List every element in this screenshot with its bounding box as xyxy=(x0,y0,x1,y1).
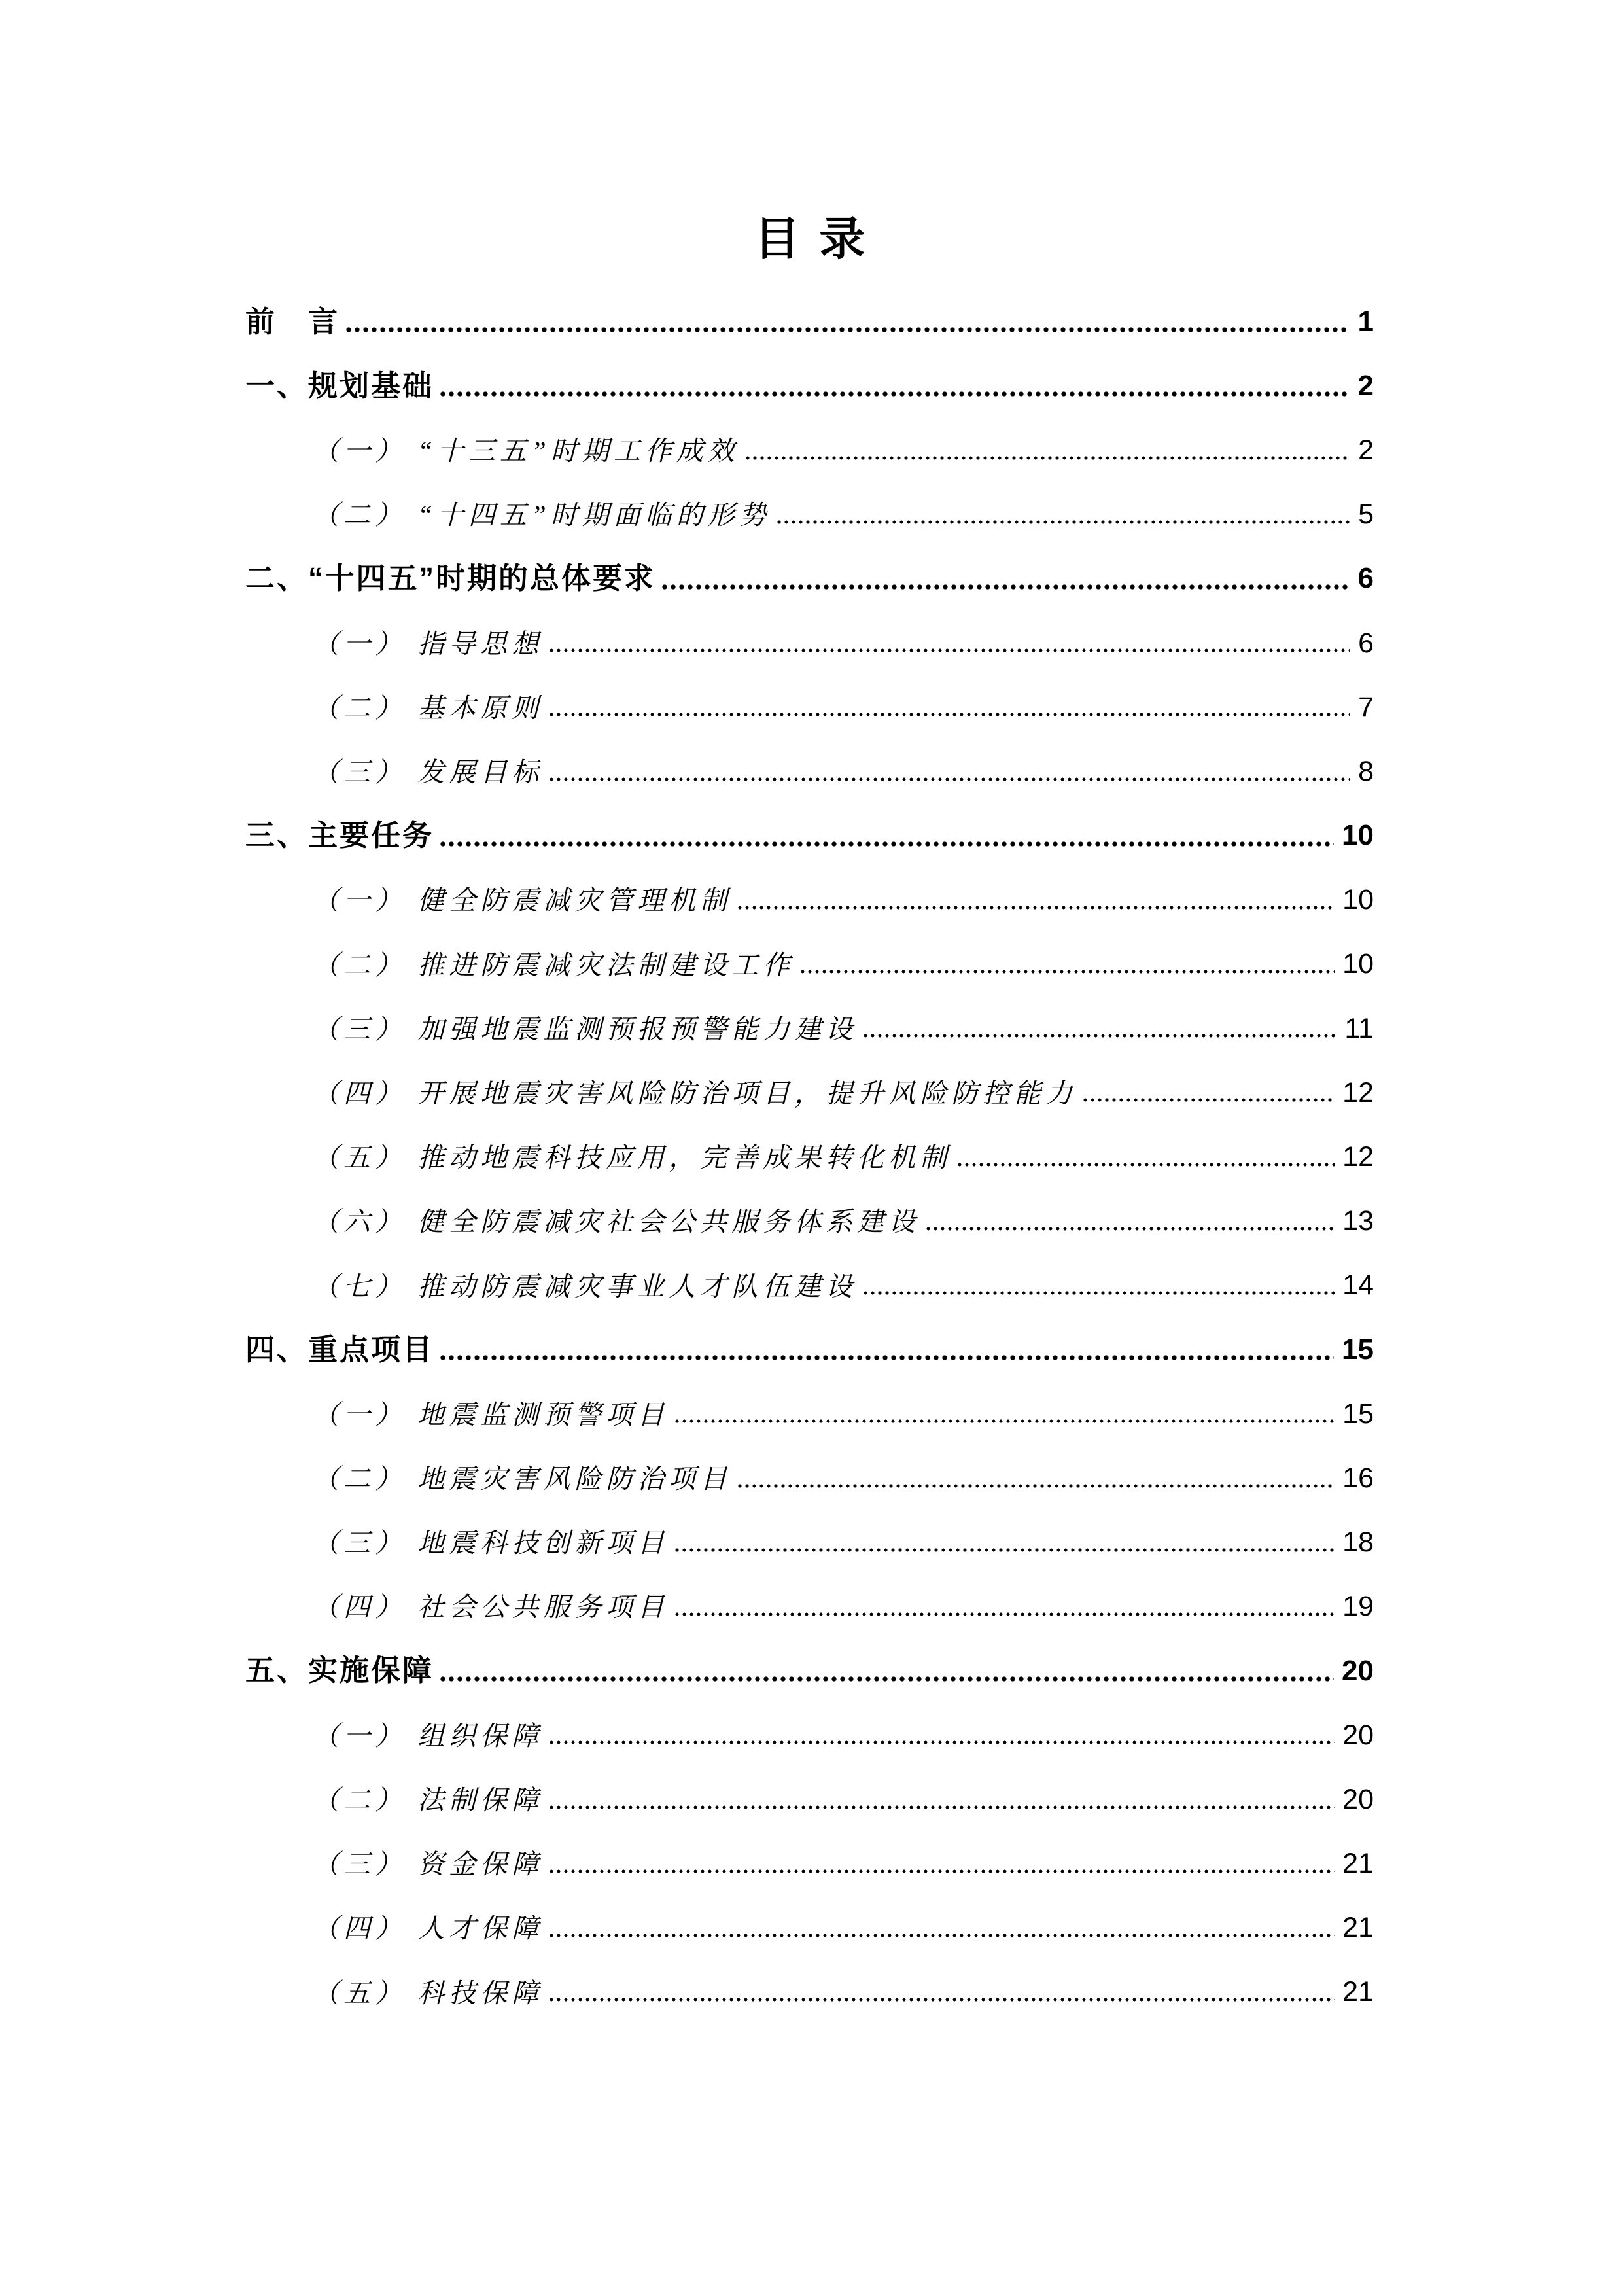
dot-leader xyxy=(345,327,1350,333)
toc-entry: 一、规划基础 2 xyxy=(245,345,1374,409)
toc-entry-page: 19 xyxy=(1342,1592,1374,1622)
toc-entry: （三） 资金保障 21 xyxy=(245,1823,1374,1887)
toc-entry-label: （五） 推动地震科技应用，完善成果转化机制 xyxy=(245,1144,951,1172)
toc-entry-label: 二、“十四五”时期的总体要求 xyxy=(245,563,655,594)
toc-entry-label: （二） 地震灾害风险防治项目 xyxy=(245,1465,731,1493)
toc-entry-label: （一） 健全防震减灾管理机制 xyxy=(245,887,731,915)
toc-entry-page: 18 xyxy=(1342,1528,1374,1558)
dot-leader xyxy=(548,1932,1335,1939)
toc-entry-page: 1 xyxy=(1358,307,1374,338)
dot-leader xyxy=(548,1996,1335,2003)
dot-leader xyxy=(439,841,1334,847)
toc-entry: （一） “十三五”时期工作成效 2 xyxy=(245,409,1374,473)
toc-entry: 二、“十四五”时期的总体要求 6 xyxy=(245,538,1374,602)
toc-entry-label: 前 言 xyxy=(245,306,340,338)
toc-entry-page: 20 xyxy=(1342,1656,1374,1687)
page-title: 目 录 xyxy=(0,217,1623,263)
toc-entry: （一） 组织保障 20 xyxy=(245,1694,1374,1758)
toc-entry-page: 13 xyxy=(1342,1207,1374,1237)
toc-entry-label: （一） “十三五”时期工作成效 xyxy=(245,437,739,465)
dot-leader xyxy=(439,391,1350,397)
toc-entry: （一） 指导思想 6 xyxy=(245,602,1374,666)
dot-leader xyxy=(674,1611,1335,1617)
toc-entry-label: （三） 资金保障 xyxy=(245,1850,543,1879)
dot-leader xyxy=(776,519,1350,525)
toc-entry-page: 14 xyxy=(1342,1271,1374,1301)
toc-entry-page: 21 xyxy=(1342,1913,1374,1943)
toc-entry: （五） 科技保障 21 xyxy=(245,1951,1374,2015)
toc-entry: （三） 发展目标 8 xyxy=(245,730,1374,794)
toc-entry-label: （五） 科技保障 xyxy=(245,1979,543,2007)
toc-entry: 五、实施保障 20 xyxy=(245,1630,1374,1694)
dot-leader xyxy=(737,904,1335,911)
dot-leader xyxy=(925,1226,1335,1232)
toc-entry-page: 7 xyxy=(1358,693,1374,723)
toc-entry-label: （一） 组织保障 xyxy=(245,1722,543,1750)
toc-entry-page: 15 xyxy=(1342,1400,1374,1430)
toc-entry: 前 言 1 xyxy=(245,281,1374,345)
toc-entry-page: 12 xyxy=(1342,1142,1374,1173)
document-page: 目 录 前 言 1 一、规划基础 2 （一） “十三五”时期工作成效 2 （二）… xyxy=(0,0,1623,2296)
toc-entry-label: （三） 地震科技创新项目 xyxy=(245,1529,669,1557)
toc-entry-label: （二） 推进防震减灾法制建设工作 xyxy=(245,951,794,980)
toc-entry-page: 21 xyxy=(1342,1977,1374,2007)
dot-leader xyxy=(862,1033,1336,1039)
toc-entry: （七） 推动防震减灾事业人才队伍建设 14 xyxy=(245,1245,1374,1309)
toc-entry: （三） 加强地震监测预报预警能力建设 11 xyxy=(245,987,1374,1051)
toc-entry-label: （四） 开展地震灾害风险防治项目，提升风险防控能力 xyxy=(245,1080,1077,1108)
toc-entry-page: 8 xyxy=(1358,757,1374,787)
toc-entry-page: 6 xyxy=(1358,629,1374,659)
toc-entry-label: 三、主要任务 xyxy=(245,820,434,851)
toc-entry-label: （二） “十四五”时期面临的形势 xyxy=(245,501,771,529)
dot-leader xyxy=(439,1354,1334,1361)
dot-leader xyxy=(956,1161,1335,1168)
dot-leader xyxy=(674,1418,1335,1424)
toc-entry-label: （四） 人才保障 xyxy=(245,1915,543,1943)
toc-entry: （一） 地震监测预警项目 15 xyxy=(245,1373,1374,1437)
toc-entry-label: （一） 地震监测预警项目 xyxy=(245,1401,669,1429)
toc-list: 前 言 1 一、规划基础 2 （一） “十三五”时期工作成效 2 （二） “十四… xyxy=(245,281,1374,2015)
toc-entry: （四） 开展地震灾害风险防治项目，提升风险防控能力 12 xyxy=(245,1051,1374,1116)
toc-entry-label: （一） 指导思想 xyxy=(245,630,543,658)
toc-entry-label: （二） 法制保障 xyxy=(245,1786,543,1814)
dot-leader xyxy=(548,776,1350,783)
toc-entry: （二） 基本原则 7 xyxy=(245,666,1374,730)
toc-entry: （二） 地震灾害风险防治项目 16 xyxy=(245,1437,1374,1501)
dot-leader xyxy=(744,455,1350,461)
dot-leader xyxy=(661,584,1350,590)
dot-leader xyxy=(548,1868,1335,1875)
toc-entry-page: 10 xyxy=(1342,821,1374,851)
toc-entry-label: 一、规划基础 xyxy=(245,370,434,402)
dot-leader xyxy=(548,647,1350,654)
toc-entry: （二） 推进防震减灾法制建设工作 10 xyxy=(245,923,1374,987)
toc-entry-page: 12 xyxy=(1342,1078,1374,1108)
toc-entry: （六） 健全防震减灾社会公共服务体系建设 13 xyxy=(245,1180,1374,1245)
dot-leader xyxy=(439,1676,1334,1682)
toc-entry-page: 11 xyxy=(1344,1014,1374,1044)
toc-entry-page: 2 xyxy=(1358,436,1374,466)
toc-entry: 三、主要任务 10 xyxy=(245,795,1374,859)
toc-entry-page: 20 xyxy=(1342,1785,1374,1815)
toc-entry: （一） 健全防震减灾管理机制 10 xyxy=(245,859,1374,923)
toc-entry: （二） 法制保障 20 xyxy=(245,1758,1374,1822)
dot-leader xyxy=(548,1804,1335,1810)
toc-entry-page: 16 xyxy=(1342,1464,1374,1494)
toc-entry: 四、重点项目 15 xyxy=(245,1309,1374,1373)
toc-entry: （四） 人才保障 21 xyxy=(245,1887,1374,1951)
toc-entry: （三） 地震科技创新项目 18 xyxy=(245,1502,1374,1566)
toc-entry-page: 6 xyxy=(1358,563,1374,594)
toc-entry-page: 5 xyxy=(1358,500,1374,530)
toc-entry: （五） 推动地震科技应用，完善成果转化机制 12 xyxy=(245,1116,1374,1180)
toc-entry-label: 五、实施保障 xyxy=(245,1655,434,1686)
dot-leader xyxy=(674,1547,1335,1553)
toc-entry-page: 20 xyxy=(1342,1721,1374,1751)
toc-entry: （二） “十四五”时期面临的形势 5 xyxy=(245,474,1374,538)
dot-leader xyxy=(737,1483,1335,1489)
toc-entry-page: 21 xyxy=(1342,1849,1374,1879)
dot-leader xyxy=(799,968,1335,975)
toc-entry-label: 四、重点项目 xyxy=(245,1334,434,1366)
dot-leader xyxy=(548,1739,1335,1746)
toc-entry-label: （三） 加强地震监测预报预警能力建设 xyxy=(245,1016,857,1044)
toc-entry: （四） 社会公共服务项目 19 xyxy=(245,1566,1374,1630)
dot-leader xyxy=(862,1290,1335,1296)
toc-entry-label: （四） 社会公共服务项目 xyxy=(245,1593,669,1621)
toc-entry-label: （二） 基本原则 xyxy=(245,694,543,722)
toc-entry-label: （七） 推动防震减灾事业人才队伍建设 xyxy=(245,1273,857,1301)
toc-entry-label: （六） 健全防震减灾社会公共服务体系建设 xyxy=(245,1208,920,1236)
dot-leader xyxy=(1082,1097,1335,1103)
toc-entry-label: （三） 发展目标 xyxy=(245,758,543,786)
toc-entry-page: 10 xyxy=(1342,885,1374,915)
dot-leader xyxy=(548,711,1350,718)
toc-entry-page: 15 xyxy=(1342,1335,1374,1366)
toc-entry-page: 10 xyxy=(1342,949,1374,980)
toc-entry-page: 2 xyxy=(1358,371,1374,402)
